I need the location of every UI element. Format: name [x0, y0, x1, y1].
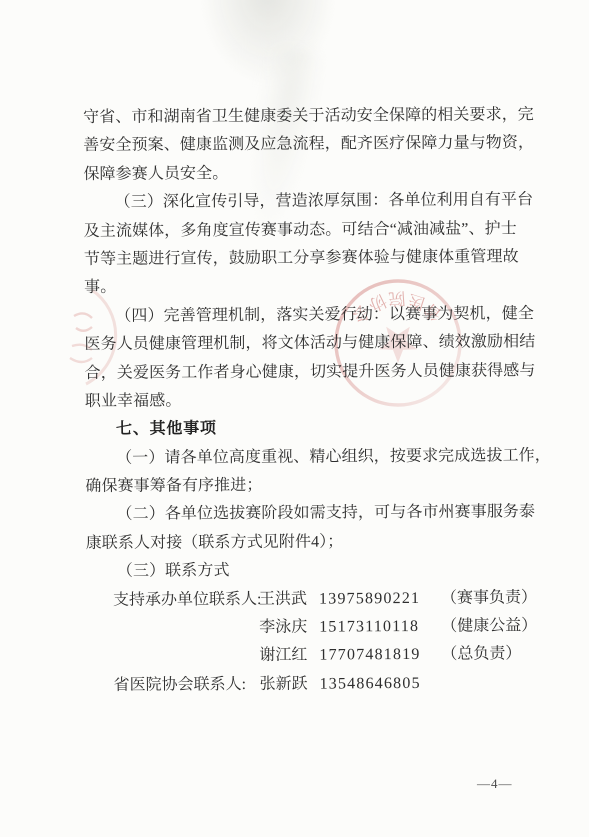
contact-label: [113, 642, 259, 671]
doc-line: 合，关爱医务工作者身心健康，切实提升医务人员健康获得感与: [85, 357, 533, 388]
page-number: —4—: [477, 776, 513, 792]
doc-line: （一）请各单位高度重视、精心组织，按要求完成选拔工作，: [85, 442, 533, 473]
doc-line: 善安全预案、健康监测及应急流程，配齐医疗保障力量与物资，: [83, 130, 531, 161]
contact-row: 李泳庆 15173110118 （健康公益）: [86, 612, 534, 643]
doc-line: （三）深化宣传引导，营造浓厚氛围：各单位利用自有平台: [84, 186, 532, 217]
doc-line: （二）各单位选拔赛阶段如需支持，可与各市州赛事服务泰: [85, 499, 533, 530]
contact-name: 王洪武: [259, 585, 319, 614]
doc-line: 事。: [84, 272, 532, 303]
contact-phone: 15173110118: [319, 613, 441, 642]
section-heading: 七、其他事项: [85, 414, 533, 445]
doc-line: （三）联系方式: [86, 556, 534, 587]
contact-role: （赛事负责）: [441, 584, 537, 613]
contact-label: 省医院协会联系人:: [113, 671, 259, 700]
doc-line: 及主流媒体，多角度宣传赛事动态。可结合“减油减盐”、护士: [84, 215, 532, 246]
contact-name: 张新跃: [259, 670, 319, 699]
contact-phone: 13548646805: [319, 670, 441, 699]
document-body: 守省、市和湖南省卫生健康委关于活动安全保障的相关要求，完 善安全预案、健康监测及…: [83, 101, 535, 700]
contact-role: （健康公益）: [441, 612, 537, 641]
doc-line: 保障参赛人员安全。: [83, 158, 531, 189]
doc-line: 康联系人对接（联系方式见附件4）；: [86, 527, 534, 558]
contact-row: 谢江红 17707481819 （总负责）: [86, 641, 534, 672]
contact-label: 支持承办单位联系人:: [113, 586, 259, 615]
doc-line: 守省、市和湖南省卫生健康委关于活动安全保障的相关要求，完: [83, 101, 531, 132]
contact-phone: 17707481819: [319, 641, 441, 670]
doc-line: 职业幸福感。: [85, 385, 533, 416]
contact-name: 谢江红: [259, 642, 319, 671]
contact-phone: 13975890221: [319, 584, 441, 613]
doc-line: 确保赛事筹备有序推进；: [85, 470, 533, 501]
contact-row: 支持承办单位联系人: 王洪武 13975890221 （赛事负责）: [86, 584, 534, 615]
contact-role: （总负责）: [441, 641, 534, 670]
doc-line: 节等主题进行宣传，鼓励职工分享参赛体验与健康体重管理故: [84, 243, 532, 274]
contact-row: 省医院协会联系人: 张新跃 13548646805: [86, 669, 534, 700]
contact-label: [113, 614, 259, 643]
doc-line: 医务人员健康管理机制，将文体活动与健康保障、绩效激励相结: [84, 328, 532, 359]
document-page: 省医院协会 守省、市和湖南省卫生健康委关于活动安全保障的相关要求，完 善安全预案…: [0, 0, 589, 837]
contact-role: [441, 669, 534, 698]
contact-name: 李泳庆: [259, 614, 319, 643]
doc-line: （四）完善管理机制，落实关爱行动：以赛事为契机，健全: [84, 300, 532, 331]
